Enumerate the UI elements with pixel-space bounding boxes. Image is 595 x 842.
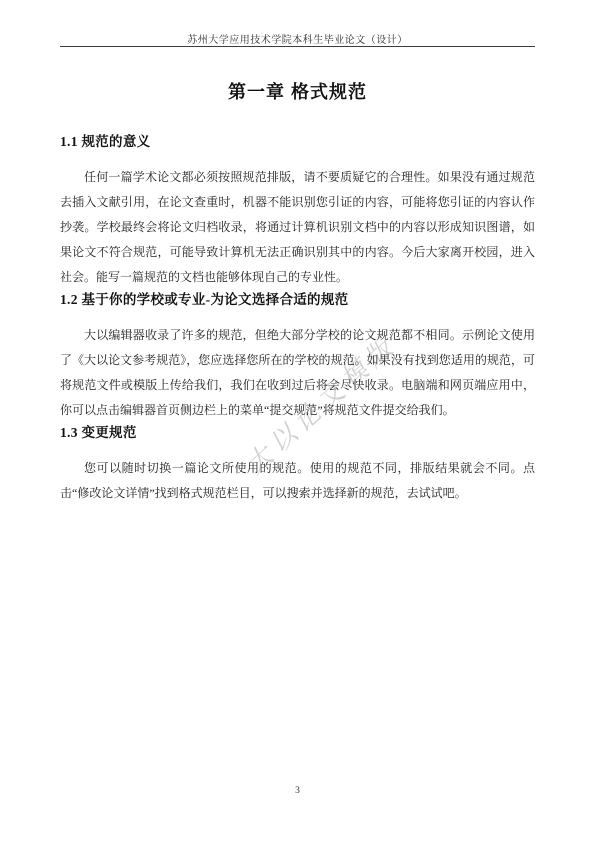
document-page: 苏州大学应用技术学院本科生毕业论文（设计） 第一章 格式规范 1.1 规范的意义…	[0, 0, 595, 842]
section-1-2: 1.2 基于你的学校或专业-为论文选择合适的规范 大以编辑器收录了许多的规范，但…	[60, 290, 535, 423]
section-1-3: 1.3 变更规范 您可以随时切换一篇论文所使用的规范。使用的规范不同，排版结果就…	[60, 423, 535, 506]
paragraph: 任何一篇学术论文都必须按照规范排版，请不要质疑它的合理性。如果没有通过规范去插入…	[60, 165, 535, 290]
section-heading: 1.2 基于你的学校或专业-为论文选择合适的规范	[60, 290, 535, 309]
paragraph: 您可以随时切换一篇论文所使用的规范。使用的规范不同，排版结果就会不同。点击“修改…	[60, 456, 535, 506]
paragraph: 大以编辑器收录了许多的规范，但绝大部分学校的论文规范都不相同。示例论文使用了《大…	[60, 323, 535, 423]
page-body: 1.1 规范的意义 任何一篇学术论文都必须按照规范排版，请不要质疑它的合理性。如…	[60, 132, 535, 506]
section-1-1: 1.1 规范的意义 任何一篇学术论文都必须按照规范排版，请不要质疑它的合理性。如…	[60, 132, 535, 290]
chapter-title: 第一章 格式规范	[0, 78, 595, 104]
header-rule	[60, 46, 535, 47]
section-heading: 1.1 规范的意义	[60, 132, 535, 151]
running-header: 苏州大学应用技术学院本科生毕业论文（设计）	[60, 31, 535, 46]
section-heading: 1.3 变更规范	[60, 423, 535, 442]
page-number: 3	[0, 786, 595, 796]
